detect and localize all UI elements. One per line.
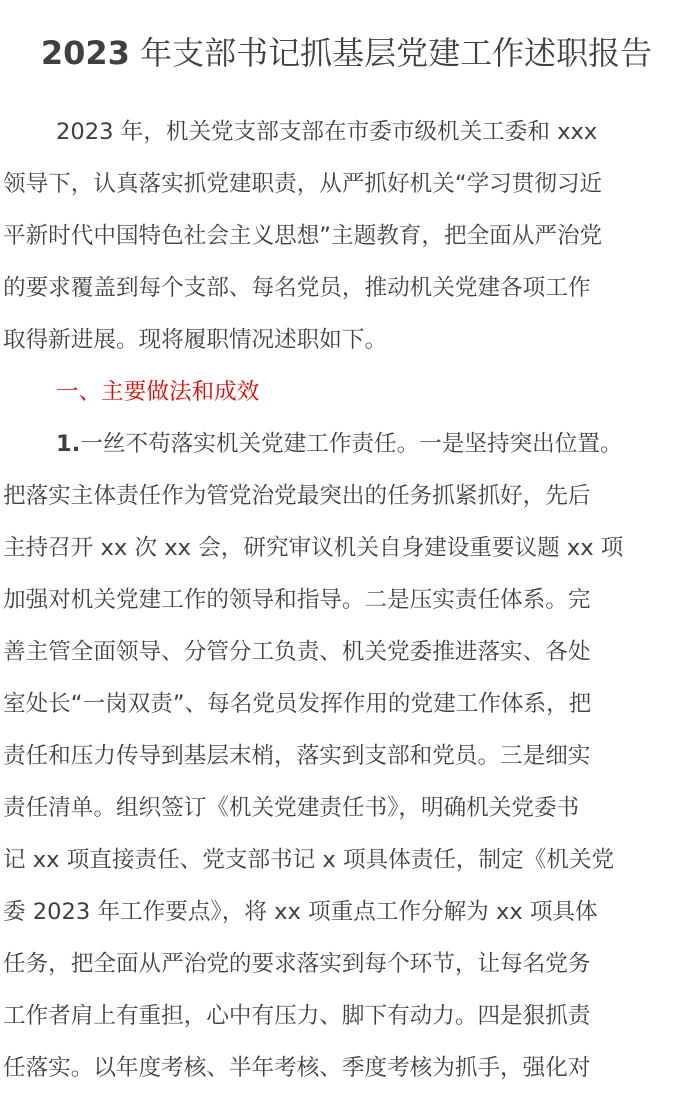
document-page: 2023 年支部书记抓基层党建工作述职报告 2023 年，机关党支部支部在市委市…	[0, 0, 693, 1097]
intro-line: 领导下，认真落实抓党建职责，从严抓好机关“学习贯彻习近	[3, 158, 693, 210]
item-number: 1.	[56, 431, 80, 457]
item-line: 责任和压力传导到基层末梢，落实到支部和党员。三是细实	[3, 730, 693, 782]
item-line: 主持召开 xx 次 xx 会，研究审议机关自身建设重要议题 xx 项	[3, 522, 693, 574]
item-line: 加强对机关党建工作的领导和指导。二是压实责任体系。完	[3, 574, 693, 626]
item-line: 责任清单。组织签订《机关党建责任书》，明确机关党委书	[3, 782, 693, 834]
intro-line: 的要求覆盖到每个支部、每名党员，推动机关党建各项工作	[3, 262, 693, 314]
item-line: 把落实主体责任作为管党治党最突出的任务抓紧抓好，先后	[3, 470, 693, 522]
item-line: 室处长“一岗双责”、每名党员发挥作用的党建工作体系，把	[3, 678, 693, 730]
item-line: 委 2023 年工作要点》，将 xx 项重点工作分解为 xx 项具体	[3, 886, 693, 938]
intro-line: 取得新进展。现将履职情况述职如下。	[3, 314, 693, 366]
section-heading: 一、主要做法和成效	[3, 366, 693, 418]
item-line: 工作者肩上有重担，心中有压力、脚下有动力。四是狠抓责	[3, 990, 693, 1042]
item-line: 记 xx 项直接责任、党支部书记 x 项具体责任，制定《机关党	[3, 834, 693, 886]
item-line: 善主管全面领导、分管分工负责、机关党委推进落实、各处	[3, 626, 693, 678]
intro-line: 2023 年，机关党支部支部在市委市级机关工委和 xxx	[3, 106, 693, 158]
title-text: 年支部书记抓基层党建工作述职报告	[130, 34, 652, 72]
item-line: 任务，把全面从严治党的要求落实到每个环节，让每名党务	[3, 938, 693, 990]
document-body: 2023 年，机关党支部支部在市委市级机关工委和 xxx 领导下，认真落实抓党建…	[3, 106, 693, 1094]
item-first-line: 1.一丝不苟落实机关党建工作责任。一是坚持突出位置。	[3, 418, 693, 470]
intro-line: 平新时代中国特色社会主义思想”主题教育，把全面从严治党	[3, 210, 693, 262]
item-title-text: 一丝不苟落实机关党建工作责任。一是坚持突出位置。	[80, 431, 622, 457]
item-line: 任落实。以年度考核、半年考核、季度考核为抓手，强化对	[3, 1042, 693, 1094]
title-year: 2023	[41, 34, 130, 72]
document-title: 2023 年支部书记抓基层党建工作述职报告	[0, 28, 693, 78]
